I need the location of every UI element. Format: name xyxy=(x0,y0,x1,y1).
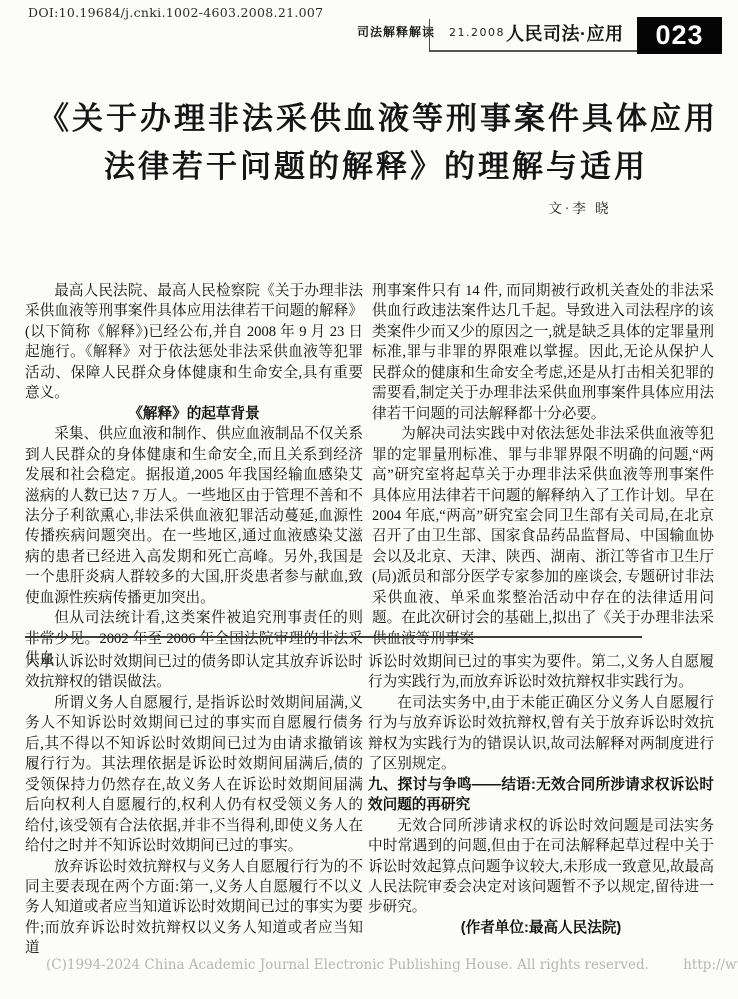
paragraph: 无效合同所涉请求权的诉讼时效问题是司法实务中时常遇到的问题,但由于在司法解释起草… xyxy=(368,816,714,918)
cnki-copyright-footer: (C)1994-2024 China Academic Journal Elec… xyxy=(46,957,726,973)
page-number: 023 xyxy=(655,20,703,51)
paragraph-continuation: 刑事案件只有 14 件, 而同期被行政机关查处的非法采供血行政违法案件达几千起。… xyxy=(372,281,714,424)
journal-page: DOI:10.19684/j.cnki.1002-4603.2008.21.00… xyxy=(0,0,738,999)
section-heading-background: 《解释》的起草背景 xyxy=(25,404,363,424)
article-title: 《关于办理非法采供血液等刑事案件具体应用 法律若干问题的解释》的理解与适用 xyxy=(38,95,680,191)
paragraph: 在司法实务中,由于未能正确区分义务人自愿履行行为与放弃诉讼时效抗辩权,曾有关于放… xyxy=(368,693,714,775)
header-issue-number: 21.2008 xyxy=(449,26,505,39)
author-byline: 文·李 晓 xyxy=(500,197,660,217)
paragraph: 放弃诉讼时效抗辩权与义务人自愿履行行为的不同主要表现在两个方面:第一,义务人自愿… xyxy=(25,857,363,959)
paragraph: 采集、供应血液和制作、供应血液制品不仅关系到人民群众的身体健康和生命安全,而且关… xyxy=(25,424,363,608)
page-number-badge: 023 xyxy=(637,17,722,54)
article-title-line2: 法律若干问题的解释》的理解与适用 xyxy=(38,143,680,191)
author-affiliation: (作者单位:最高人民法院) xyxy=(368,918,714,938)
header-section-label: 司法解释解读 xyxy=(357,23,435,40)
header-vertical-divider xyxy=(429,19,430,50)
lower-left-column: 人承认诉讼时效期间已过的债务即认定其放弃诉讼时效抗辩权的错误做法。 所谓义务人自… xyxy=(25,652,363,948)
header-journal-title: 人民司法·应用 xyxy=(506,20,624,46)
paragraph: 最高人民法院、最高人民检察院《关于办理非法采供血液等刑事案件具体应用法律若干问题… xyxy=(25,281,363,404)
paragraph-continuation: 诉讼时效期间已过的事实为要件。第二,义务人自愿履行为实践行为,而放弃诉讼时效抗辩… xyxy=(368,652,714,693)
upper-left-column: 最高人民法院、最高人民检察院《关于办理非法采供血液等刑事案件具体应用法律若干问题… xyxy=(25,281,363,635)
article-divider-rule xyxy=(25,636,642,638)
copyright-text: (C)1994-2024 China Academic Journal Elec… xyxy=(46,957,649,973)
paragraph: 所谓义务人自愿履行, 是指诉讼时效期间届满,义务人不知诉讼时效期间已过的事实而自… xyxy=(25,693,363,857)
article-title-line1: 《关于办理非法采供血液等刑事案件具体应用 xyxy=(38,95,680,143)
cnki-url: http://www.cnki.net xyxy=(683,957,738,973)
lower-right-column: 诉讼时效期间已过的事实为要件。第二,义务人自愿履行为实践行为,而放弃诉讼时效抗辩… xyxy=(368,652,714,948)
paragraph: 为解决司法实践中对依法惩处非法采供血液等犯罪的定罪量刑标准、罪与非罪界限不明确的… xyxy=(372,424,714,649)
paragraph-continuation: 人承认诉讼时效期间已过的债务即认定其放弃诉讼时效抗辩权的错误做法。 xyxy=(25,652,363,693)
section-heading-conclusion: 九、探讨与争鸣——结语:无效合同所涉请求权诉讼时效问题的再研究 xyxy=(368,775,714,816)
header-horizontal-rule xyxy=(429,50,637,52)
upper-right-column: 刑事案件只有 14 件, 而同期被行政机关查处的非法采供血行政违法案件达几千起。… xyxy=(372,281,714,635)
doi-text: DOI:10.19684/j.cnki.1002-4603.2008.21.00… xyxy=(28,5,323,20)
